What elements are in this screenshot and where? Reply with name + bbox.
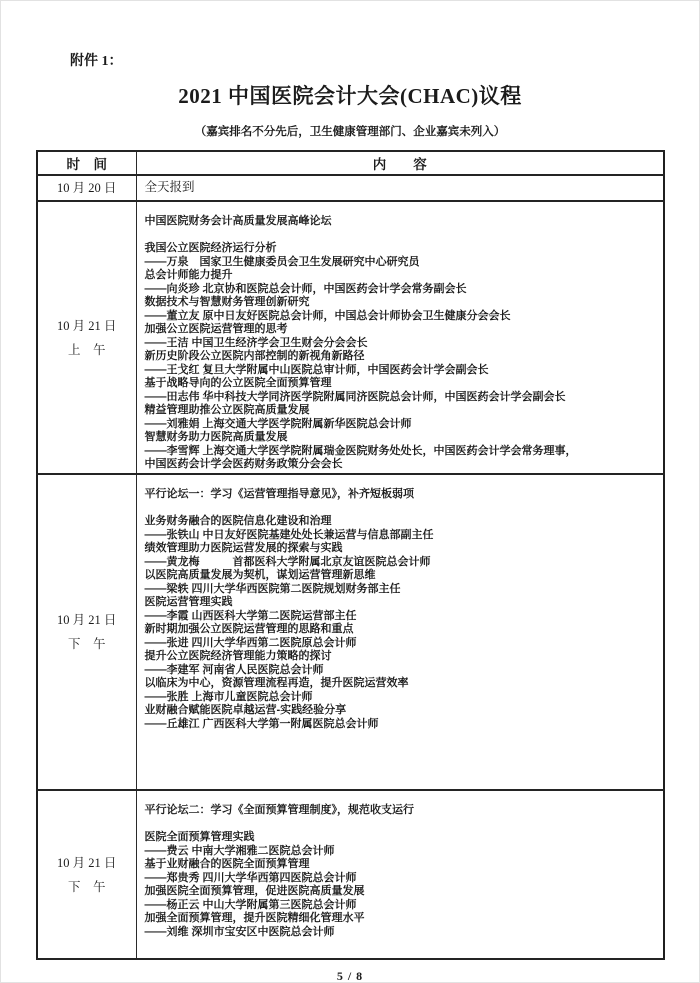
table-row: 10 月 21 日上 午 中国医院财务会计高质量发展高峰论坛我国公立医院经济运行… <box>37 201 664 474</box>
agenda-line: 中国医院财务会计高质量发展高峰论坛 <box>145 215 656 229</box>
time-cell: 10 月 20 日 <box>37 175 136 201</box>
agenda-line: ——董立友 原中日友好医院总会计师，中国总会计师协会卫生健康分会会长 <box>145 310 656 324</box>
agenda-line: 医院运营管理实践 <box>145 596 656 610</box>
page-number: 5 / 8 <box>0 969 700 983</box>
agenda-line: 医院全面预算管理实践 <box>145 831 656 845</box>
agenda-table-body: 10 月 20 日 全天报到 10 月 21 日上 午 中国医院财务会计高质量发… <box>37 175 664 959</box>
agenda-blank-line <box>145 502 656 516</box>
agenda-line: 加强全面预算管理，提升医院精细化管理水平 <box>145 912 656 926</box>
agenda-line: 以临床为中心，资源管理流程再造，提升医院运营效率 <box>145 677 656 691</box>
agenda-line: ——李雪辉 上海交通大学医学院附属瑞金医院财务处处长，中国医药会计学会常务理事， <box>145 445 656 459</box>
agenda-line: ——张进 四川大学华西第二医院原总会计师 <box>145 637 656 651</box>
agenda-line: 绩效管理助力医院运营发展的探索与实践 <box>145 542 656 556</box>
agenda-line: ——王戈红 复旦大学附属中山医院总审计师，中国医药会计学会副会长 <box>145 364 656 378</box>
time-line: 10 月 21 日 <box>38 314 136 338</box>
agenda-line: 数据技术与智慧财务管理创新研究 <box>145 296 656 310</box>
time-cell: 10 月 21 日下 午 <box>37 790 136 959</box>
table-row: 10 月 20 日 全天报到 <box>37 175 664 201</box>
agenda-line: 精益管理助推公立医院高质量发展 <box>145 404 656 418</box>
content-cell: 平行论坛二：学习《全面预算管理制度》，规范收支运行医院全面预算管理实践——费云 … <box>136 790 664 959</box>
header-row: 时 间 内 容 <box>37 151 664 175</box>
agenda-line: ——刘维 深圳市宝安区中医院总会计师 <box>145 926 656 940</box>
document-page: 附件 1： 2021 中国医院会计大会(CHAC)议程 （嘉宾排名不分先后，卫生… <box>0 0 700 983</box>
time-line: 10 月 21 日 <box>38 851 136 875</box>
agenda-line: 全天报到 <box>145 181 656 195</box>
agenda-line: 中国医药会计学会医药财务政策分会会长 <box>145 458 656 472</box>
agenda-line: ——万泉 国家卫生健康委员会卫生发展研究中心研究员 <box>145 256 656 270</box>
page-subtitle: （嘉宾排名不分先后，卫生健康管理部门、企业嘉宾未列入） <box>0 123 700 139</box>
agenda-line: 平行论坛二：学习《全面预算管理制度》，规范收支运行 <box>145 804 656 818</box>
agenda-line: ——向炎珍 北京协和医院总会计师，中国医药会计学会常务副会长 <box>145 283 656 297</box>
table-row: 10 月 21 日下 午 平行论坛一：学习《运营管理指导意见》，补齐短板弱项业务… <box>37 474 664 790</box>
agenda-line: ——杨正云 中山大学附属第三医院总会计师 <box>145 899 656 913</box>
time-line: 下 午 <box>38 632 136 656</box>
agenda-line: ——刘雅娟 上海交通大学医学院附属新华医院总会计师 <box>145 418 656 432</box>
agenda-line: 平行论坛一：学习《运营管理指导意见》，补齐短板弱项 <box>145 488 656 502</box>
agenda-table-head: 时 间 内 容 <box>37 151 664 175</box>
agenda-line: 以医院高质量发展为契机，谋划运营管理新思维 <box>145 569 656 583</box>
time-line: 上 午 <box>38 338 136 362</box>
agenda-line: 新时期加强公立医院运营管理的思路和重点 <box>145 623 656 637</box>
agenda-line: 基于战略导向的公立医院全面预算管理 <box>145 377 656 391</box>
content-cell: 平行论坛一：学习《运营管理指导意见》，补齐短板弱项业务财务融合的医院信息化建设和… <box>136 474 664 790</box>
agenda-line: ——张铁山 中日友好医院基建处处长兼运营与信息部副主任 <box>145 529 656 543</box>
content-cell: 全天报到 <box>136 175 664 201</box>
agenda-line: 基于业财融合的医院全面预算管理 <box>145 858 656 872</box>
content-column-header: 内 容 <box>136 151 664 175</box>
agenda-line: ——王洁 中国卫生经济学会卫生财会分会会长 <box>145 337 656 351</box>
time-cell: 10 月 21 日下 午 <box>37 474 136 790</box>
content-cell: 中国医院财务会计高质量发展高峰论坛我国公立医院经济运行分析——万泉 国家卫生健康… <box>136 201 664 474</box>
agenda-line: ——丘雄江 广西医科大学第一附属医院总会计师 <box>145 718 656 732</box>
time-column-header: 时 间 <box>37 151 136 175</box>
agenda-line: ——李霞 山西医科大学第二医院运营部主任 <box>145 610 656 624</box>
agenda-line: 业财融合赋能医院卓越运营-实践经验分享 <box>145 704 656 718</box>
agenda-table: 时 间 内 容 10 月 20 日 全天报到 10 月 21 日上 午 中国医院… <box>36 150 665 960</box>
agenda-line: ——黄龙梅 首都医科大学附属北京友谊医院总会计师 <box>145 556 656 570</box>
agenda-line: ——梁轶 四川大学华西医院第二医院规划财务部主任 <box>145 583 656 597</box>
agenda-line: ——李建军 河南省人民医院总会计师 <box>145 664 656 678</box>
time-line: 10 月 21 日 <box>38 608 136 632</box>
attachment-label: 附件 1： <box>70 50 700 70</box>
agenda-line: 总会计师能力提升 <box>145 269 656 283</box>
agenda-blank-line <box>145 229 656 243</box>
page-title: 2021 中国医院会计大会(CHAC)议程 <box>0 80 700 110</box>
time-line: 10 月 20 日 <box>38 176 136 200</box>
agenda-blank-line <box>145 818 656 832</box>
agenda-line: 新历史阶段公立医院内部控制的新视角新路径 <box>145 350 656 364</box>
agenda-line: ——郑贵秀 四川大学华西第四医院总会计师 <box>145 872 656 886</box>
time-cell: 10 月 21 日上 午 <box>37 201 136 474</box>
time-line: 下 午 <box>38 875 136 899</box>
agenda-line: 提升公立医院经济管理能力策略的探讨 <box>145 650 656 664</box>
agenda-line: 加强公立医院运营管理的思考 <box>145 323 656 337</box>
agenda-line: 我国公立医院经济运行分析 <box>145 242 656 256</box>
agenda-line: ——费云 中南大学湘雅二医院总会计师 <box>145 845 656 859</box>
agenda-line: 业务财务融合的医院信息化建设和治理 <box>145 515 656 529</box>
agenda-line: 智慧财务助力医院高质量发展 <box>145 431 656 445</box>
table-row: 10 月 21 日下 午 平行论坛二：学习《全面预算管理制度》，规范收支运行医院… <box>37 790 664 959</box>
agenda-line: 加强医院全面预算管理，促进医院高质量发展 <box>145 885 656 899</box>
agenda-line: ——张胜 上海市儿童医院总会计师 <box>145 691 656 705</box>
agenda-line: ——田志伟 华中科技大学同济医学院附属同济医院总会计师，中国医药会计学会副会长 <box>145 391 656 405</box>
